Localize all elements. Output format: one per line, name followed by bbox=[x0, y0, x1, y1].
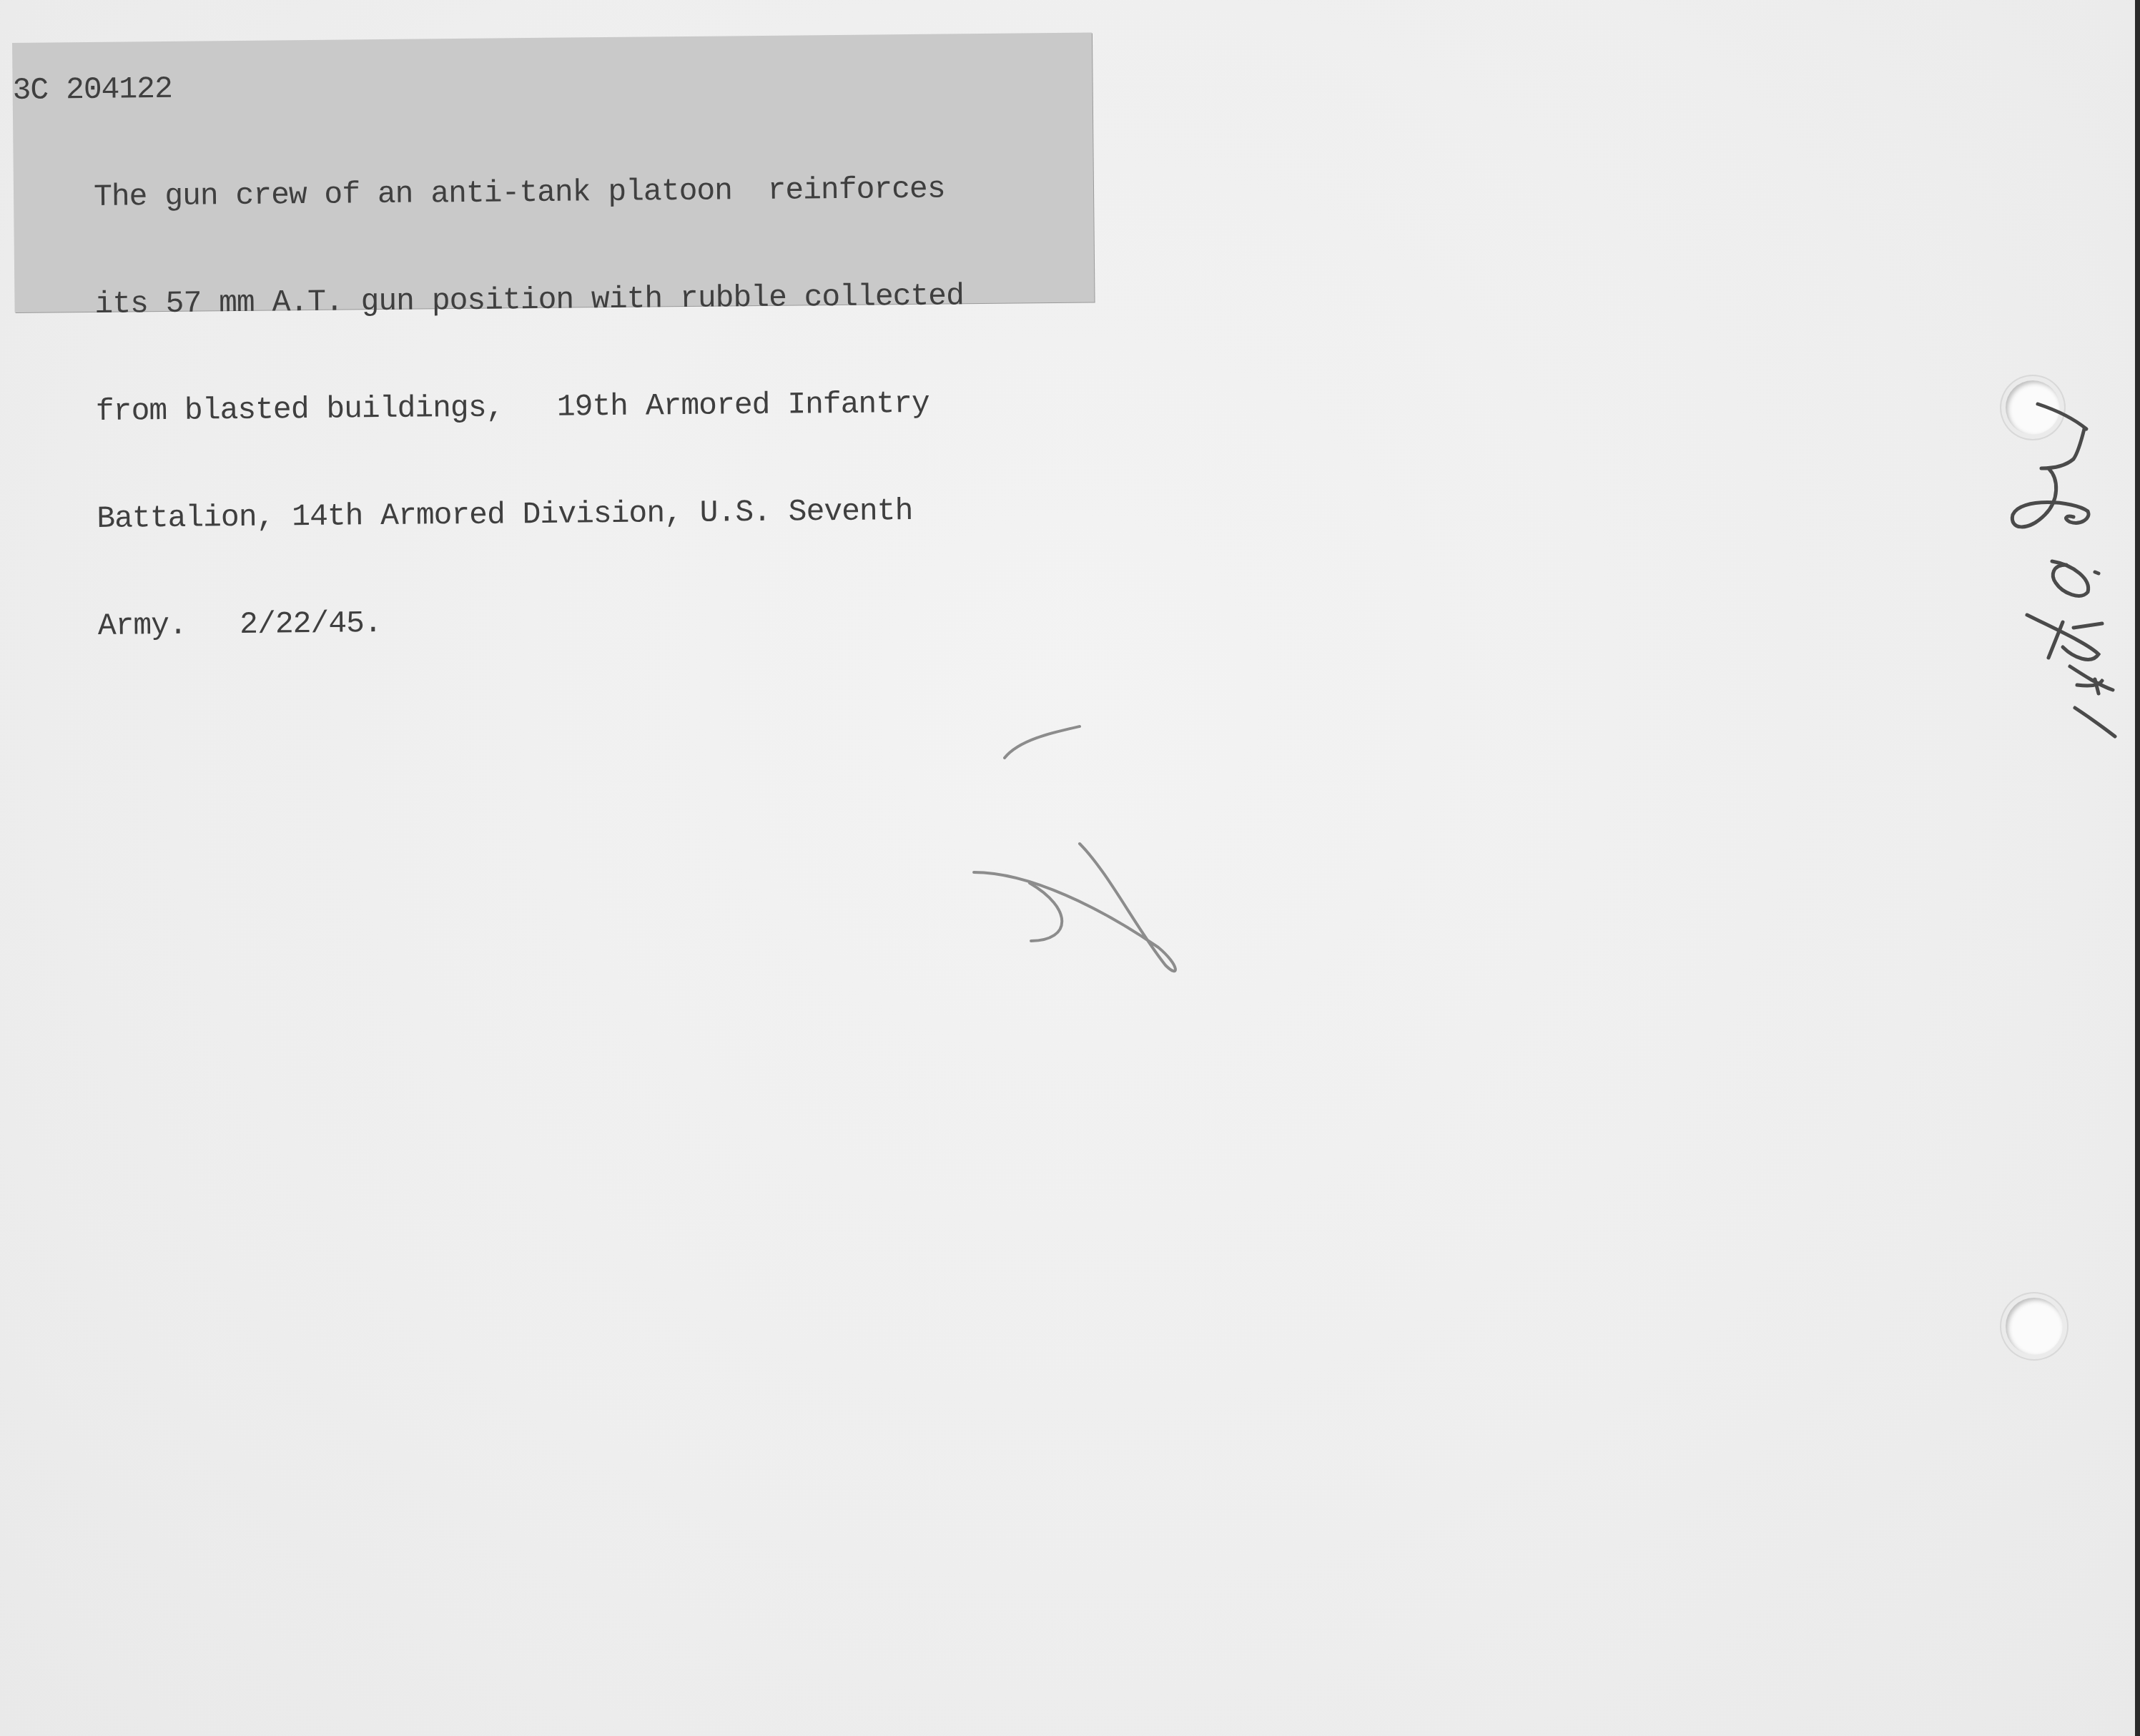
caption-line: from blasted buildings, 19th Armored Inf… bbox=[96, 385, 965, 430]
caption-line: Battalion, 14th Armored Division, U.S. S… bbox=[97, 493, 966, 537]
caption-label: 3C 204122 The gun crew of an anti-tank p… bbox=[12, 33, 1095, 312]
caption-line: Army. 2/22/45. bbox=[98, 600, 967, 644]
caption-line: The gun crew of an anti-tank platoon rei… bbox=[94, 171, 963, 215]
caption-line: its 57 mm A.T. gun position with rubble … bbox=[94, 278, 964, 322]
caption-body: The gun crew of an anti-tank platoon rei… bbox=[93, 99, 968, 716]
pencil-mark bbox=[951, 701, 1237, 987]
caption-text: 3C 204122 The gun crew of an anti-tank p… bbox=[12, 33, 1095, 312]
punch-hole bbox=[2006, 1298, 2063, 1355]
handwriting-strokes bbox=[1995, 400, 2138, 944]
handwritten-note: 14 D 8 (rotated) bbox=[1995, 400, 2138, 944]
pencil-mark-strokes bbox=[951, 701, 1237, 987]
caption-id: 3C 204122 bbox=[12, 71, 172, 109]
